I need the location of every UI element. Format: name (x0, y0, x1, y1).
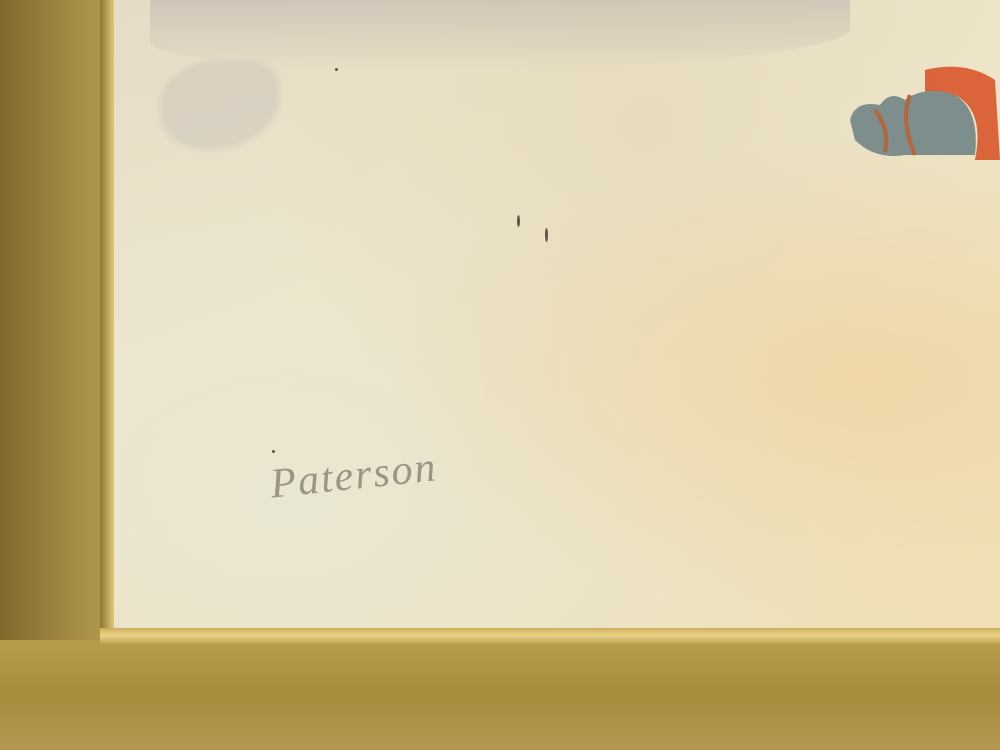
mat-bevel-bottom (100, 628, 1000, 644)
paint-speck (545, 228, 548, 242)
paint-speck (517, 215, 520, 227)
frame-left-rail (0, 0, 112, 645)
mat-bevel-left (100, 0, 114, 640)
paint-speck (335, 68, 338, 71)
frame-bottom-rail (0, 640, 1000, 750)
painted-shell (845, 60, 1000, 165)
paint-speck (272, 450, 275, 453)
